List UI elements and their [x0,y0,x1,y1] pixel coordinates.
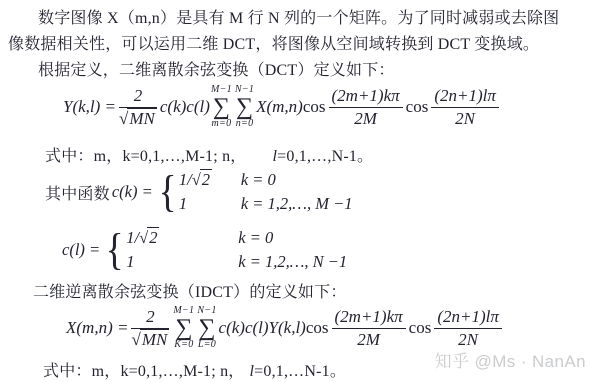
case-row: 1 k = 1,2,…, N −1 [126,252,347,272]
fraction-denominator: 2M [329,108,403,129]
case-value: 1 [126,252,238,272]
range-note-post: =0,1,…N-1。 [254,363,346,380]
case-condition: k = 1,2,…, N −1 [238,252,347,272]
radicand: 2 [200,169,212,189]
dct-formula-lhs: Y(k,l) = [63,97,116,117]
cos-operator: cos [406,97,429,117]
cos-argument-fraction-2: (2n+1)lπ 2N [431,86,499,128]
fraction-numerator: 2 [119,86,157,108]
sum-lower-limit: L=0 [198,340,216,350]
case-value: 1/√2 [126,228,238,248]
case-value: 1/√2 [179,170,241,190]
dct-coefficient-fraction: 2 √MN [119,86,157,128]
cos-argument-fraction-2: (2n+1)lπ 2N [434,307,502,349]
dct-range-note: 式中：m，k=0,1,…,M-1; n，l=0,1,…,N-1。 [45,143,373,166]
sum-symbol: ∑ [211,95,232,120]
cos-operator: cos [409,318,432,338]
sum-lower-limit: n=0 [236,119,254,129]
range-note-pre: 式中：m，k=0,1,…,M-1; n， [45,148,246,165]
ck-prefix: 其中函数 [45,181,110,204]
fraction-denominator: 2N [431,108,499,129]
paragraph-intro-line2: 像数据相关性，可以运用二维 DCT，将图像从空间域转换到 DCT 变换域。 [8,34,539,56]
cos-operator: cos [303,97,326,117]
cos-operator: cos [306,318,329,338]
sum-lower-limit: m=0 [212,119,232,129]
sum-inner: N−1 ∑ n=0 [234,85,255,130]
fraction-denominator-radical: √MN [119,108,157,129]
case-rows: 1/√2 k = 0 1 k = 1,2,…, N −1 [126,228,347,272]
radical: √2 [139,228,159,247]
sum-symbol: ∑ [196,316,217,341]
fraction-numerator: (2n+1)lπ [434,307,502,329]
case-value: 1 [179,194,241,214]
range-note-pre: 式中：m，k=0,1,…,M-1; n， [43,363,244,380]
case-condition: k = 0 [238,228,273,248]
document-page: 数字图像 X（m,n）是具有 M 行 N 列的一个矩阵。为了同时减弱或去除图 像… [0,0,600,382]
sum-inner: N−1 ∑ L=0 [196,306,217,351]
sum-lower-limit: K=0 [174,340,193,350]
sum-symbol: ∑ [234,95,255,120]
idct-formula-body: c(k)c(l)Y(k,l) [219,318,306,338]
zhihu-watermark: 知乎 @Ms · NanAn [435,347,586,372]
sum-symbol: ∑ [173,316,194,341]
case-row: 1 k = 1,2,…, M −1 [179,194,353,214]
cos-argument-fraction-1: (2m+1)kπ 2M [329,86,403,128]
fraction-numerator: (2m+1)kπ [329,86,403,108]
sum-outer: M−1 ∑ m=0 [211,85,232,130]
cl-lhs: c(l) = [62,240,100,260]
fraction-denominator: 2N [434,329,502,350]
case-rows: 1/√2 k = 0 1 k = 1,2,…, M −1 [179,170,353,214]
case-condition: k = 0 [241,170,276,190]
dct-formula: Y(k,l) = 2 √MN c(k)c(l) M−1 ∑ m=0 N−1 ∑ … [63,81,502,133]
ck-definition: 其中函数 c(k) = { 1/√2 k = 0 1 k = 1,2,…, M … [45,166,352,218]
idct-range-note: 式中：m，k=0,1,…,M-1; n，l=0,1,…N-1。 [43,358,346,381]
cl-definition: c(l) = { 1/√2 k = 0 1 k = 1,2,…, N −1 [60,224,347,276]
fraction-numerator: (2m+1)kπ [332,307,406,329]
paragraph-dct-lead: 根据定义，二维离散余弦变换（DCT）定义如下： [38,60,395,82]
fraction-numerator: (2n+1)lπ [431,86,499,108]
ck-lhs: c(k) = [112,182,153,202]
paragraph-idct-lead: 二维逆离散余弦变换（IDCT）的定义如下： [33,282,347,304]
paragraph-intro-line1: 数字图像 X（m,n）是具有 M 行 N 列的一个矩阵。为了同时减弱或去除图 [38,8,559,30]
one: 1 [126,228,134,247]
case-brace: { [106,230,124,270]
dct-formula-body: X(m,n) [256,97,303,117]
range-note-post: =0,1,…,N-1。 [277,148,373,165]
cos-argument-fraction-1: (2m+1)kπ 2M [332,307,406,349]
fraction-numerator: 2 [131,307,169,329]
case-row: 1/√2 k = 0 [126,228,347,248]
idct-formula-lhs: X(m,n) = [66,318,128,338]
idct-coefficient-fraction: 2 √MN [131,307,169,349]
dct-coefficient-terms: c(k)c(l) [160,97,210,117]
radicand: MN [127,108,157,128]
sum-outer: M−1 ∑ K=0 [173,306,194,351]
case-brace: { [158,172,176,212]
case-row: 1/√2 k = 0 [179,170,353,190]
radicand: MN [140,329,170,349]
radicand: 2 [147,227,159,247]
fraction-denominator: 2M [332,329,406,350]
radical: √2 [192,170,212,189]
fraction-denominator-radical: √MN [131,329,169,350]
case-condition: k = 1,2,…, M −1 [241,194,353,214]
one: 1 [179,170,187,189]
